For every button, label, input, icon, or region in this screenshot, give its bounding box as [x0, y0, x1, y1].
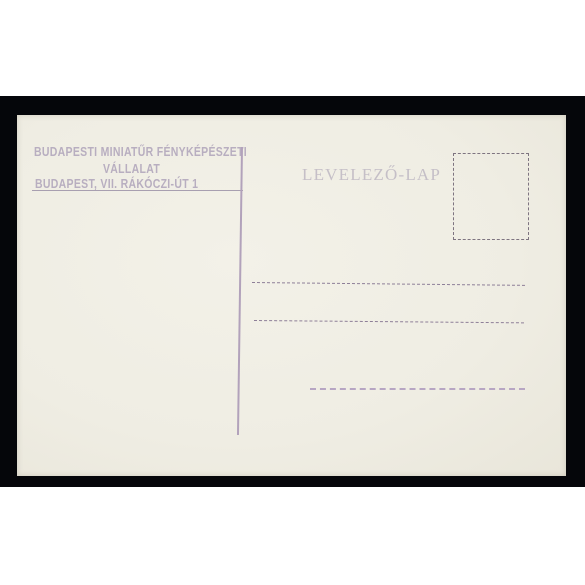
postage-stamp-box [453, 153, 529, 240]
postcard-title: LEVELEZŐ-LAP [302, 165, 441, 185]
stamp-underline [32, 190, 243, 191]
address-line-3 [310, 388, 525, 390]
publisher-stamp-line1: BUDAPESTI MINIATŰR FÉNYKÉPÉSZETI [34, 145, 247, 160]
publisher-stamp-line2: VÁLLALAT [103, 162, 160, 177]
